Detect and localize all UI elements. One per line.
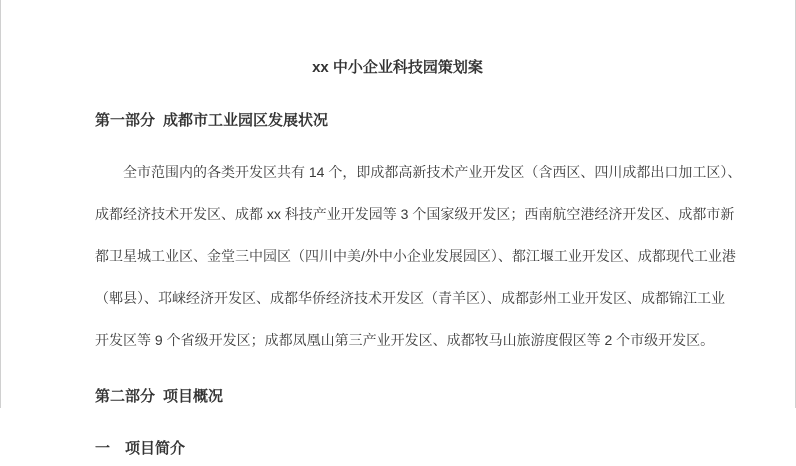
paragraph-line: 都卫星城工业区、金堂三中园区（四川中美/外中小企业发展园区）、都江堰工业开发区、… [95,235,700,277]
body-paragraph: 全市范围内的各类开发区共有 14 个，即成都高新技术产业开发区（含西区、四川成都… [95,151,700,361]
document-title: xx 中小企业科技园策划案 [95,58,700,78]
document-page: xx 中小企业科技园策划案 第一部分 成都市工业园区发展状况 全市范围内的各类开… [0,0,796,466]
part2-heading-title: 项目概况 [163,387,223,407]
part2-heading: 第二部分 项目概况 [95,387,700,407]
section1-heading-number: 一 [95,439,110,459]
section1-heading-title: 项目简介 [125,439,185,459]
part1-heading-title: 成都市工业园区发展状况 [163,111,328,131]
paragraph-line: （郫县）、邛崃经济开发区、成都华侨经济技术开发区（青羊区）、成都彭州工业开发区、… [95,277,700,319]
paragraph-line: 成都经济技术开发区、成都 xx 科技产业开发园等 3 个国家级开发区；西南航空港… [95,193,700,235]
section1-heading: 一 项目简介 [95,439,700,459]
document-content: xx 中小企业科技园策划案 第一部分 成都市工业园区发展状况 全市范围内的各类开… [0,0,796,459]
paragraph-line: 全市范围内的各类开发区共有 14 个，即成都高新技术产业开发区（含西区、四川成都… [95,151,700,193]
paragraph-line: 开发区等 9 个省级开发区；成都凤凰山第三产业开发区、成都牧马山旅游度假区等 2… [95,319,700,361]
part2-heading-number: 第二部分 [95,387,155,407]
part1-heading: 第一部分 成都市工业园区发展状况 [95,111,700,131]
page-left-edge [0,0,1,408]
part1-heading-number: 第一部分 [95,111,155,131]
